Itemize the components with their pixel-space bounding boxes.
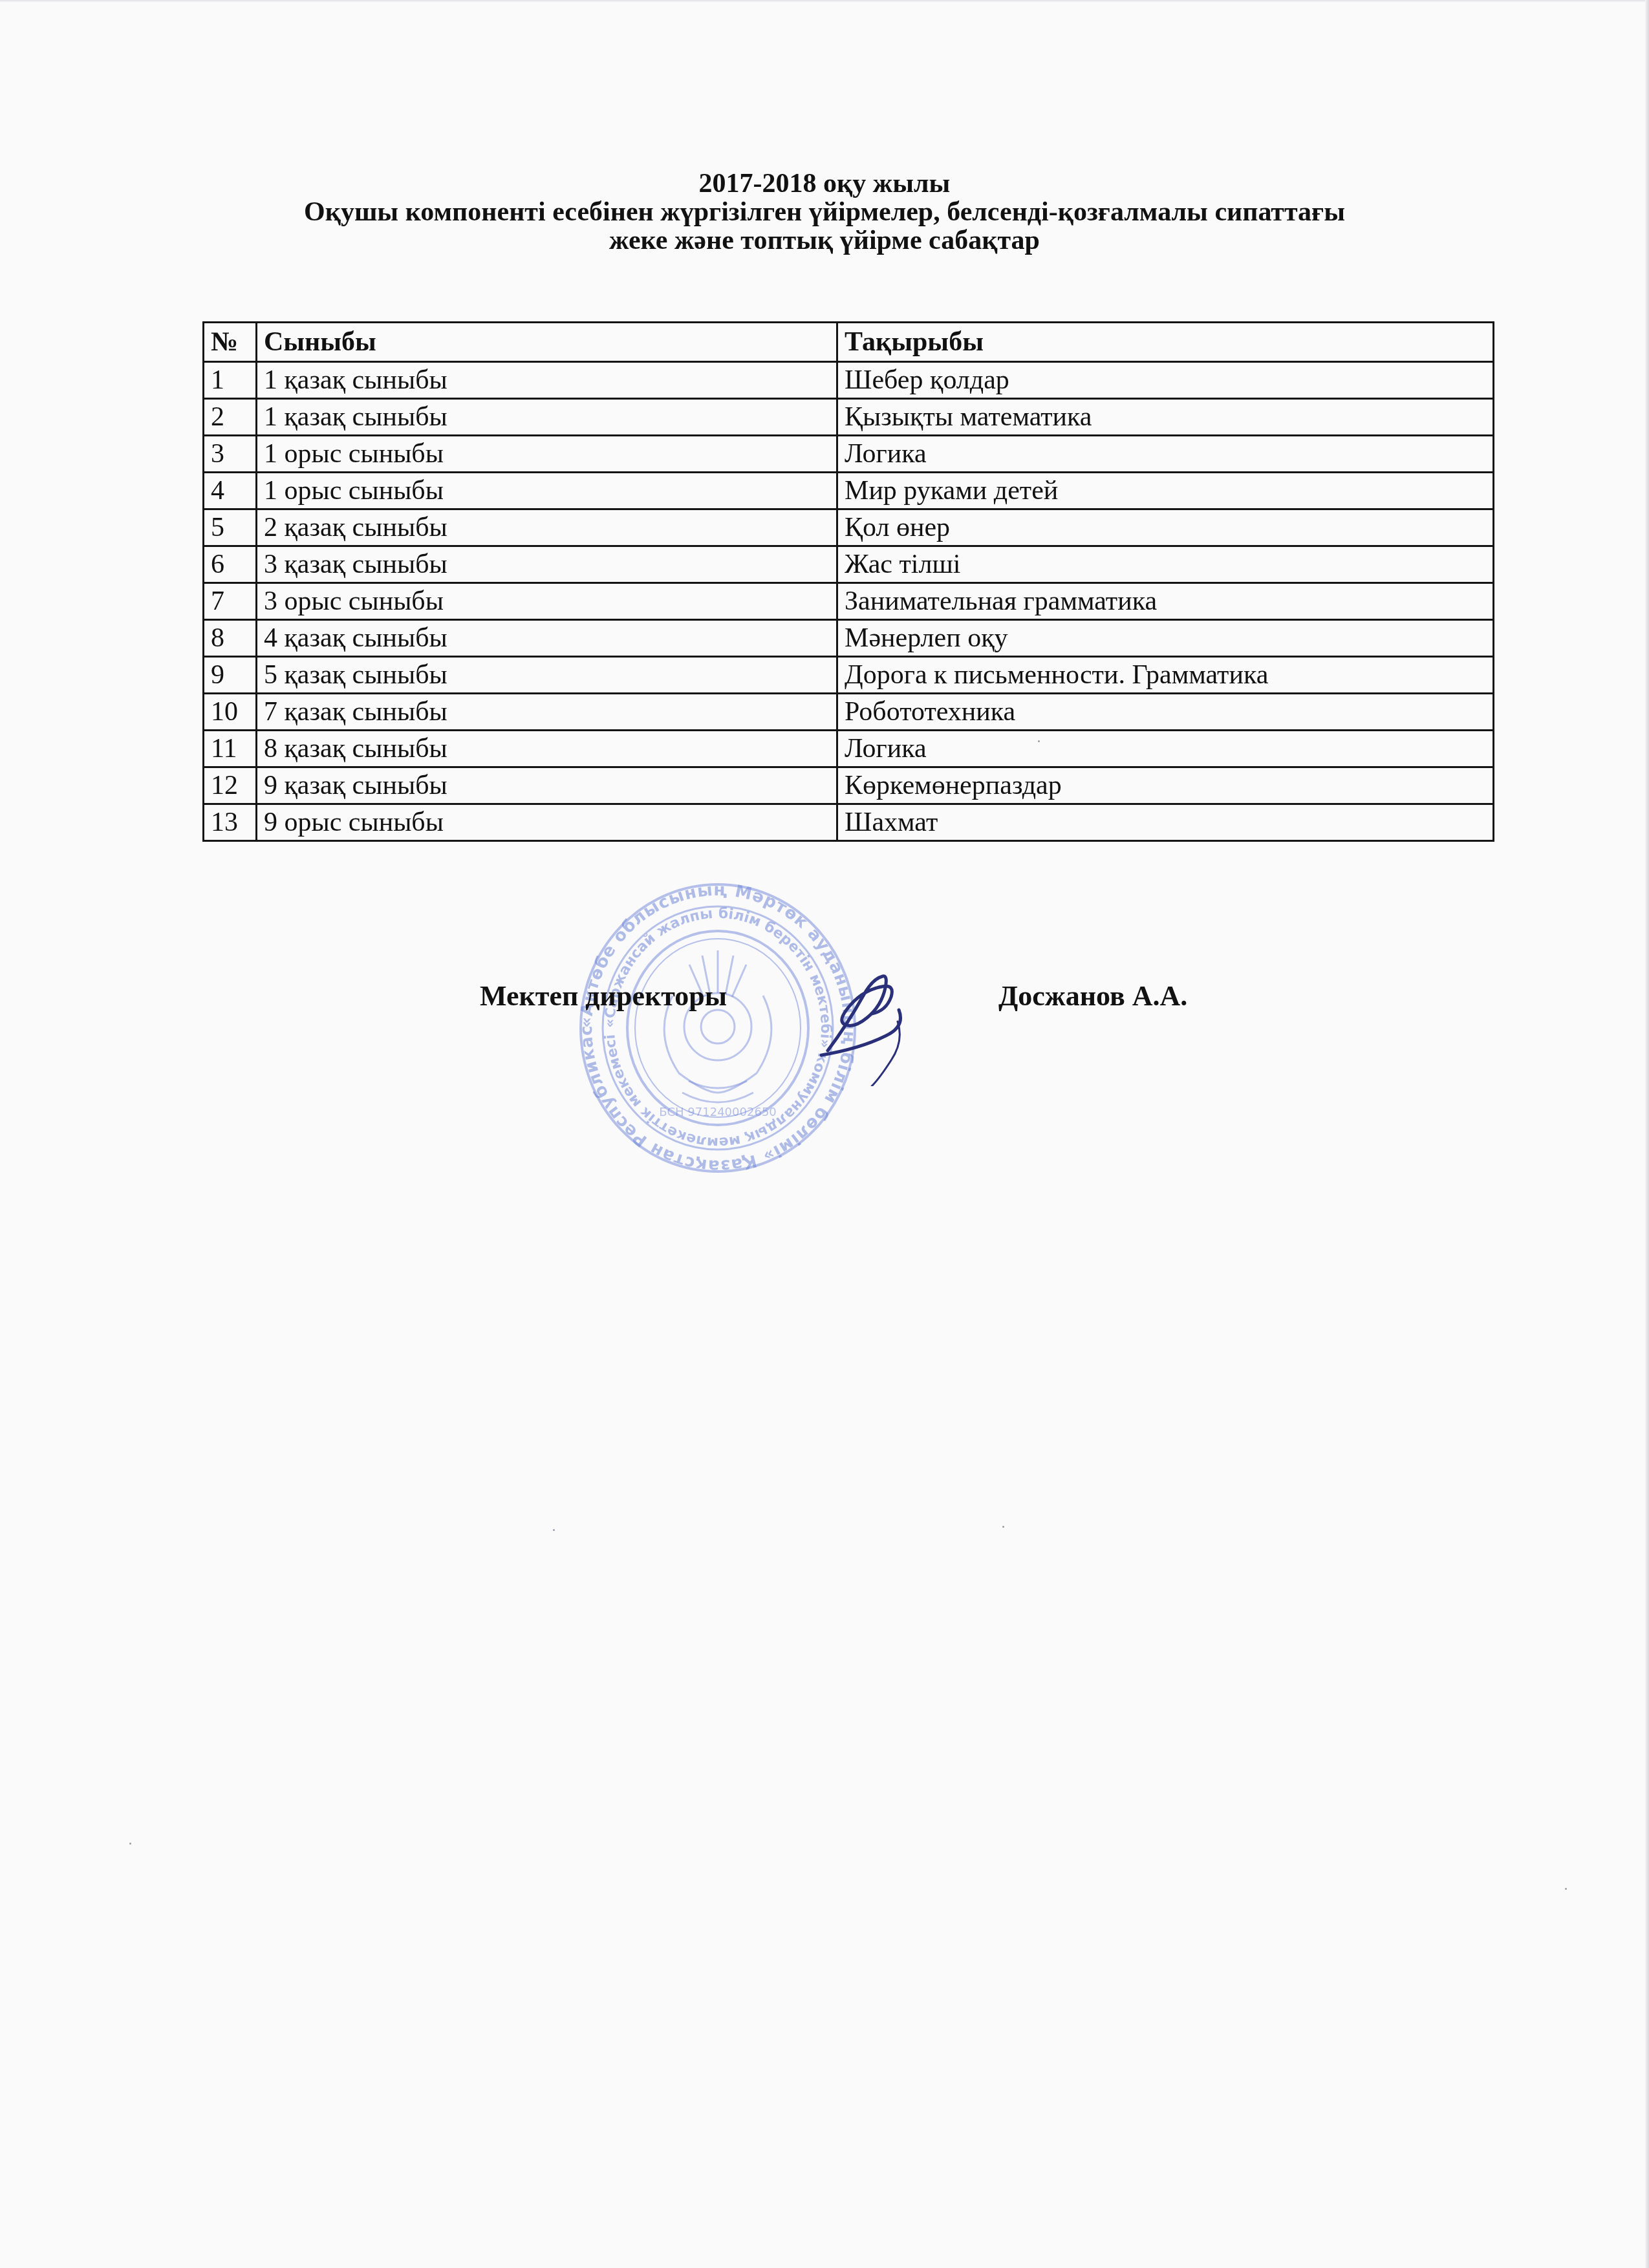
row-number: 1 bbox=[204, 362, 257, 399]
row-number: 4 bbox=[204, 473, 257, 509]
row-number: 10 bbox=[204, 694, 257, 731]
table-row: 11 қазақ сыныбыШебер қолдар bbox=[204, 362, 1494, 399]
table-row: 84 қазақ сыныбыМәнерлеп оқу bbox=[204, 620, 1494, 657]
row-class: 7 қазақ сыныбы bbox=[256, 694, 837, 731]
table-row: 118 қазақ сыныбыЛогика bbox=[204, 731, 1494, 767]
row-topic: Дорога к письменности. Грамматика bbox=[837, 657, 1494, 694]
table-row: 63 қазақ сыныбыЖас тілші bbox=[204, 546, 1494, 583]
table-row: 107 қазақ сыныбыРобототехника bbox=[204, 694, 1494, 731]
header-topic: Тақырыбы bbox=[837, 323, 1494, 362]
header-class: Сыныбы bbox=[256, 323, 837, 362]
title-subject: Оқушы компоненті есебінен жүргізілген үй… bbox=[0, 198, 1649, 226]
row-topic: Жас тілші bbox=[837, 546, 1494, 583]
row-class: 9 орыс сыныбы bbox=[256, 804, 837, 841]
row-class: 9 қазақ сыныбы bbox=[256, 767, 837, 804]
header-number: № bbox=[204, 323, 257, 362]
row-class: 3 орыс сыныбы bbox=[256, 583, 837, 620]
row-topic: Көркемөнерпаздар bbox=[837, 767, 1494, 804]
row-topic: Мир руками детей bbox=[837, 473, 1494, 509]
row-number: 2 bbox=[204, 399, 257, 436]
row-class: 4 қазақ сыныбы bbox=[256, 620, 837, 657]
scan-speck bbox=[1565, 1888, 1567, 1890]
scan-speck bbox=[1002, 1526, 1004, 1528]
table-row: 52 қазақ сыныбыҚол өнер bbox=[204, 509, 1494, 546]
row-class: 2 қазақ сыныбы bbox=[256, 509, 837, 546]
row-topic: Логика bbox=[837, 731, 1494, 767]
title-subject-cont: жеке және топтық үйірме сабақтар bbox=[0, 226, 1649, 255]
row-number: 11 bbox=[204, 731, 257, 767]
row-topic: Қызықты математика bbox=[837, 399, 1494, 436]
row-topic: Логика bbox=[837, 436, 1494, 473]
table-row: 129 қазақ сыныбыКөркемөнерпаздар bbox=[204, 767, 1494, 804]
table-row: 73 орыс сыныбыЗанимательная грамматика bbox=[204, 583, 1494, 620]
stamp-bin: БСН 971240002650 bbox=[659, 1106, 777, 1119]
row-number: 13 bbox=[204, 804, 257, 841]
row-topic: Қол өнер bbox=[837, 509, 1494, 546]
table-row: 31 орыс сыныбыЛогика bbox=[204, 436, 1494, 473]
row-class: 5 қазақ сыныбы bbox=[256, 657, 837, 694]
title-academic-year: 2017-2018 оқу жылы bbox=[0, 169, 1649, 198]
row-number: 9 bbox=[204, 657, 257, 694]
table-row: 41 орыс сыныбыМир руками детей bbox=[204, 473, 1494, 509]
row-number: 3 bbox=[204, 436, 257, 473]
row-topic: Робототехника bbox=[837, 694, 1494, 731]
scan-speck bbox=[553, 1529, 555, 1531]
row-number: 6 bbox=[204, 546, 257, 583]
handwritten-signature bbox=[808, 957, 976, 1086]
row-number: 12 bbox=[204, 767, 257, 804]
row-number: 5 bbox=[204, 509, 257, 546]
document-title: 2017-2018 оқу жылы Оқушы компоненті есеб… bbox=[0, 169, 1649, 255]
table-row: 139 орыс сыныбыШахмат bbox=[204, 804, 1494, 841]
row-topic: Шахмат bbox=[837, 804, 1494, 841]
table-header-row: № Сыныбы Тақырыбы bbox=[204, 323, 1494, 362]
row-number: 7 bbox=[204, 583, 257, 620]
director-name: Досжанов А.А. bbox=[998, 979, 1187, 1012]
row-class: 8 қазақ сыныбы bbox=[256, 731, 837, 767]
scan-speck bbox=[129, 1843, 131, 1845]
row-number: 8 bbox=[204, 620, 257, 657]
clubs-table: № Сыныбы Тақырыбы 11 қазақ сыныбыШебер қ… bbox=[202, 321, 1494, 842]
row-topic: Занимательная грамматика bbox=[837, 583, 1494, 620]
row-class: 3 қазақ сыныбы bbox=[256, 546, 837, 583]
page-right-edge bbox=[1645, 0, 1649, 2268]
row-class: 1 орыс сыныбы bbox=[256, 473, 837, 509]
scan-speck bbox=[1038, 740, 1040, 742]
row-class: 1 қазақ сыныбы bbox=[256, 399, 837, 436]
signature-label: Мектеп директоры bbox=[480, 979, 727, 1012]
row-class: 1 орыс сыныбы bbox=[256, 436, 837, 473]
table-row: 95 қазақ сыныбыДорога к письменности. Гр… bbox=[204, 657, 1494, 694]
table-row: 21 қазақ сыныбыҚызықты математика bbox=[204, 399, 1494, 436]
page-top-edge bbox=[0, 0, 1649, 3]
row-topic: Мәнерлеп оқу bbox=[837, 620, 1494, 657]
row-class: 1 қазақ сыныбы bbox=[256, 362, 837, 399]
row-topic: Шебер қолдар bbox=[837, 362, 1494, 399]
